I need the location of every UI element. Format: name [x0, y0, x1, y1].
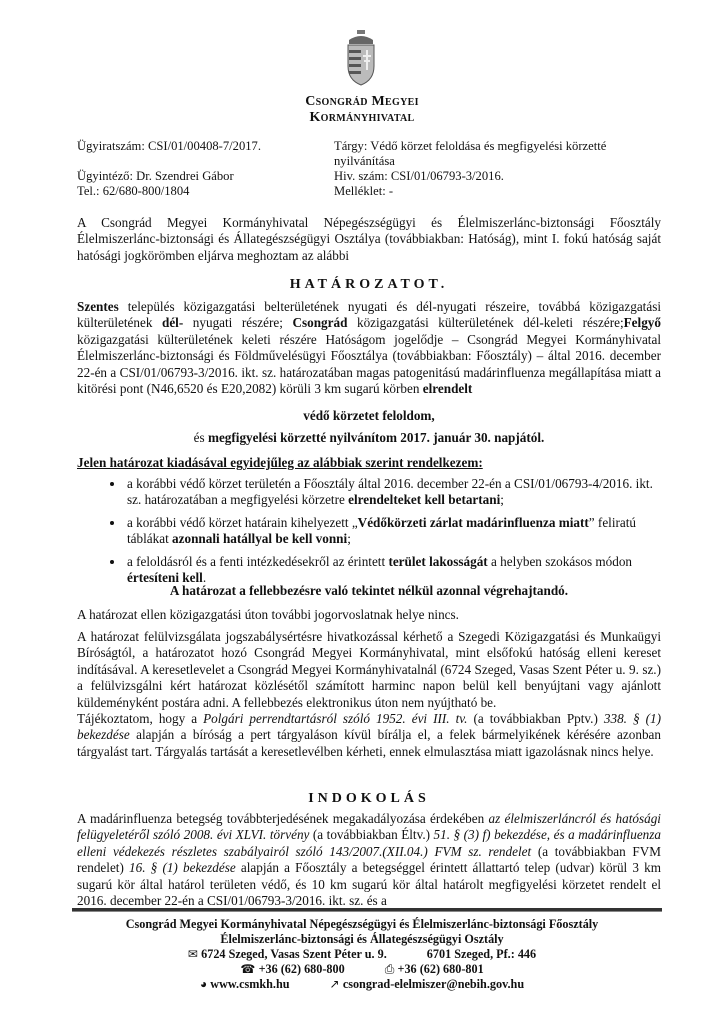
order-item: a korábbi védő körzet területén a Főoszt…: [125, 476, 670, 509]
coat-of-arms-icon: [341, 28, 381, 88]
mail-icon: ✉: [188, 947, 198, 961]
orders-list: a korábbi védő körzet területén a Főoszt…: [105, 476, 670, 592]
text-bold: megfigyelési körzetté nyilvánítom 2017. …: [208, 430, 544, 445]
footer-divider: [72, 908, 662, 912]
text-italic: 16. § (1) bekezdése: [129, 860, 236, 875]
text-bold: elrendelteket kell betartani: [348, 492, 500, 507]
reference: Hiv. szám: CSI/01/06793-3/2016.: [334, 169, 654, 184]
legal-p2: A határozat felülvizsgálata jogszabálysé…: [77, 629, 661, 711]
decision-line-a: védő körzetet feloldom,: [77, 408, 661, 424]
text: (a továbbiakban Éltv.): [309, 827, 433, 842]
text: a helyben szokásos módon: [488, 554, 632, 569]
footer-line2: Élelmiszerlánc-biztonsági és Állategészs…: [0, 932, 724, 946]
subject-line1: Tárgy: Védő körzet feloldása és megfigye…: [334, 139, 654, 154]
document-page: Csongrád Megyei Kormányhivatal Ügyiratsz…: [0, 0, 724, 1024]
fax-icon: ⎙: [385, 962, 395, 976]
text-bold: Védőkörzeti zárlat madárinfluenza miatt: [358, 515, 589, 530]
text-bold: terület lakosságát: [388, 554, 487, 569]
text: ;: [347, 531, 351, 546]
footer-line1: Csongrád Megyei Kormányhivatal Népegészs…: [0, 917, 724, 931]
email-icon: ↗: [330, 977, 340, 991]
fax-number: +36 (62) 680-801: [398, 962, 484, 976]
text-bold: Felgyő: [624, 315, 661, 330]
intro-paragraph: A Csongrád Megyei Kormányhivatal Népegés…: [77, 215, 661, 264]
attachment: Melléklet: -: [334, 184, 654, 199]
text: ;: [500, 492, 504, 507]
official: Ügyintéző: Dr. Szendrei Gábor: [77, 169, 317, 184]
phone-icon: ☎: [240, 962, 255, 976]
legal-p3: Tájékoztatom, hogy a Polgári perrendtart…: [77, 711, 661, 760]
org-name-line2: Kormányhivatal: [0, 110, 724, 126]
globe-icon: ◕: [200, 977, 207, 991]
text: nyugati részére;: [183, 315, 292, 330]
order-item: a feloldásról és a fenti intézkedésekről…: [125, 554, 670, 587]
address: 6724 Szeged, Vasas Szent Péter u. 9.: [201, 947, 387, 961]
text: közigazgatási külterületének keleti rész…: [77, 332, 661, 396]
text-bold: Szentes: [77, 299, 119, 314]
footer-phones: ☎ +36 (62) 680-800⎙ +36 (62) 680-801: [0, 962, 724, 976]
text: a feloldásról és a fenti intézkedésekről…: [127, 554, 388, 569]
website-link[interactable]: www.csmkh.hu: [210, 977, 289, 991]
decision-paragraph: Szentes település közigazgatási belterül…: [77, 299, 661, 397]
text: a korábbi védő körzet határain kihelyeze…: [127, 515, 358, 530]
case-number: Ügyiratszám: CSI/01/00408-7/2017.: [77, 139, 317, 154]
orders-heading-text: Jelen határozat kiadásával egyidejűleg a…: [77, 455, 483, 470]
phone: Tel.: 62/680-800/1804: [77, 184, 317, 199]
legal-p1: A határozat ellen közigazgatási úton tov…: [77, 607, 661, 623]
reasoning-paragraph: A madárinfluenza betegség továbbterjedés…: [77, 811, 661, 909]
text-bold: dél-: [162, 315, 183, 330]
email-link[interactable]: csongrad-elelmiszer@nebih.gov.hu: [343, 977, 524, 991]
text-bold: azonnali hatállyal be kell vonni: [172, 531, 347, 546]
subject-line2: nyilvánítása: [334, 154, 654, 169]
text: Tájékoztatom, hogy a: [77, 711, 203, 726]
enforcement-note: A határozat a fellebbezésre való tekinte…: [77, 583, 661, 599]
text-italic: Polgári perrendtartásról szóló 1952. évi…: [203, 711, 467, 726]
footer-contacts: ◕ www.csmkh.hu↗ csongrad-elelmiszer@nebi…: [0, 977, 724, 991]
meta-left: Ügyiratszám: CSI/01/00408-7/2017. Ügyint…: [77, 139, 317, 199]
footer-address: ✉ 6724 Szeged, Vasas Szent Péter u. 9.67…: [0, 947, 724, 961]
text: közigazgatási külterületének dél-keleti …: [347, 315, 623, 330]
decision-title: HATÁROZATOT.: [77, 277, 661, 293]
decision-line-b: és megfigyelési körzetté nyilvánítom 201…: [77, 430, 661, 446]
text: (a továbbiakban Pptv.): [467, 711, 603, 726]
order-item: a korábbi védő körzet határain kihelyeze…: [125, 515, 670, 548]
text: és: [194, 430, 208, 445]
orders-heading: Jelen határozat kiadásával egyidejűleg a…: [77, 455, 661, 471]
po-box: 6701 Szeged, Pf.: 446: [427, 947, 536, 961]
text: A madárinfluenza betegség továbbterjedés…: [77, 811, 488, 826]
org-name-line1: Csongrád Megyei: [0, 94, 724, 110]
text-bold: elrendelt: [423, 381, 473, 396]
meta-right: Tárgy: Védő körzet feloldása és megfigye…: [334, 139, 654, 199]
text: alapján a bíróság a pert tárgyaláson kív…: [77, 727, 661, 758]
phone-number: +36 (62) 680-800: [259, 962, 345, 976]
text-bold: Csongrád: [292, 315, 347, 330]
reasoning-title: INDOKOLÁS: [77, 791, 661, 807]
